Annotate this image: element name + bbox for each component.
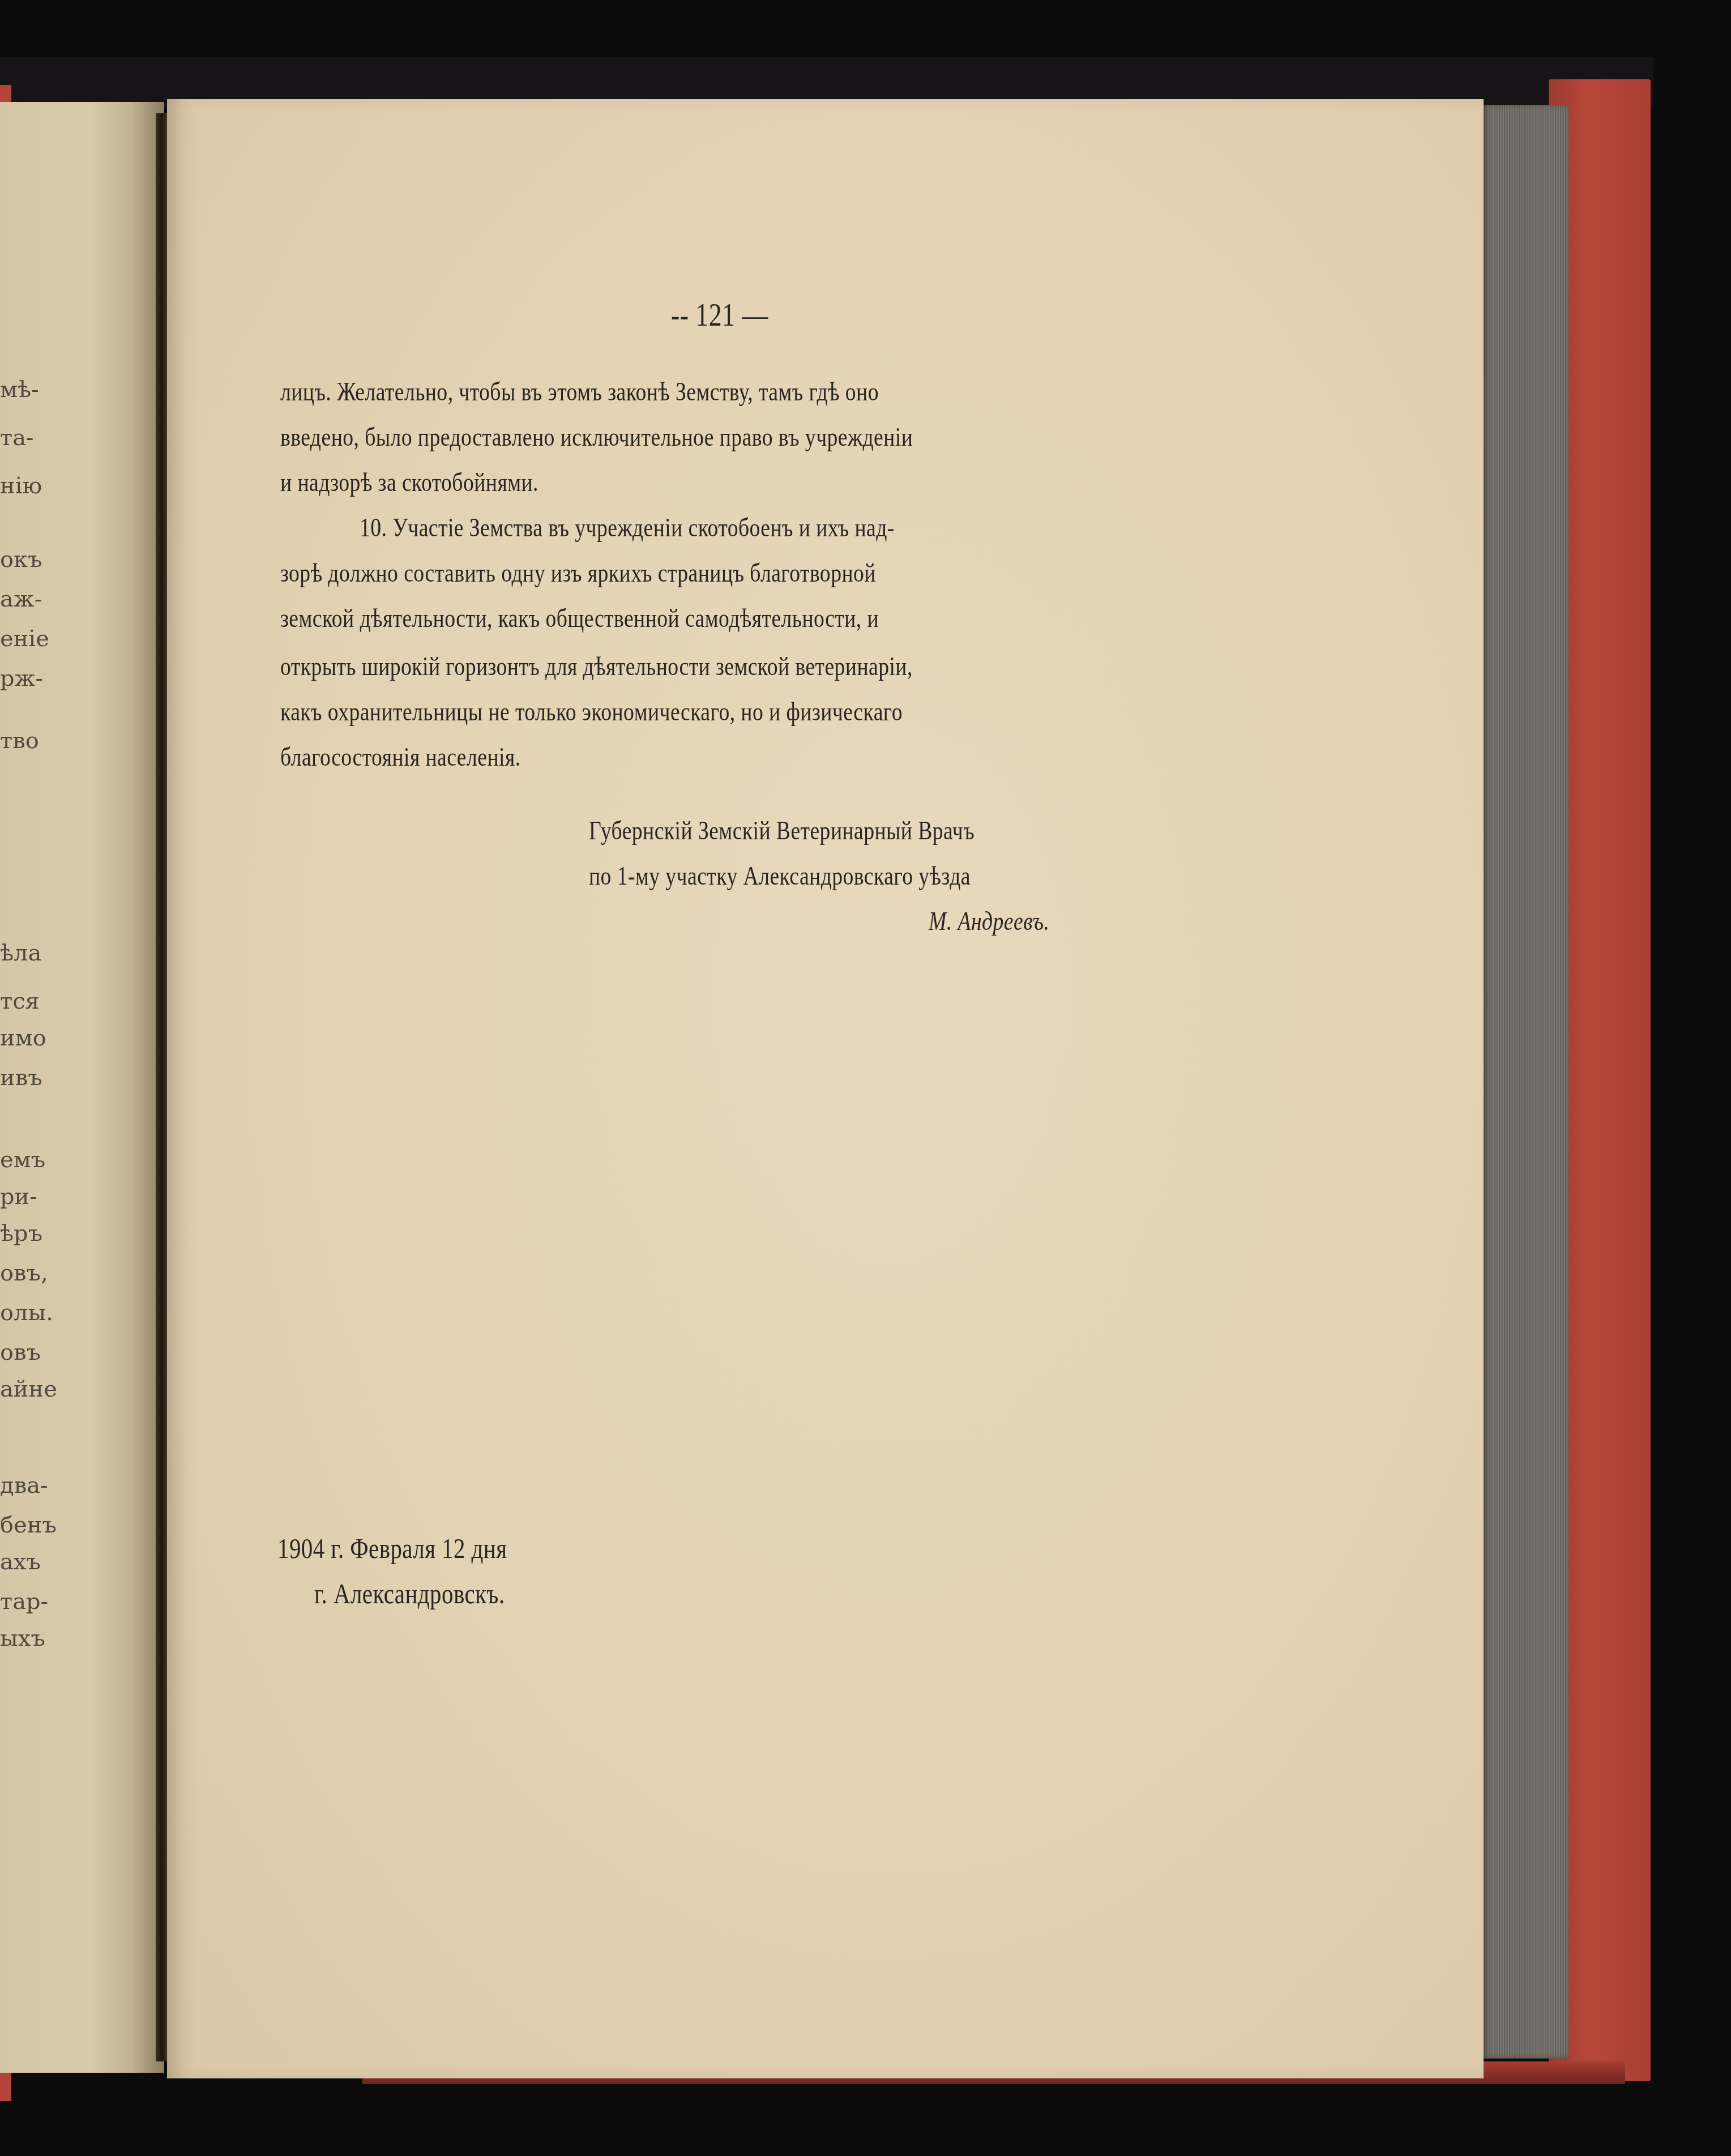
left-fragment: бенъ bbox=[0, 1512, 57, 1538]
signature-name: М. Андреевъ. bbox=[929, 906, 1049, 936]
dateline-place: г. Александровскъ. bbox=[314, 1577, 505, 1610]
left-fragment: овъ bbox=[0, 1339, 41, 1365]
left-fragment: ыхъ bbox=[0, 1625, 45, 1651]
left-fragment: та- bbox=[0, 425, 34, 451]
left-fragment: два- bbox=[0, 1472, 48, 1498]
left-fragment: ѣръ bbox=[0, 1220, 42, 1246]
left-fragment: емъ bbox=[0, 1147, 45, 1173]
page-edges bbox=[1484, 105, 1568, 2059]
paragraph-line: лицъ. Желательно, чтобы въ этомъ законѣ … bbox=[280, 377, 879, 407]
paragraph-line: зорѣ должно составить одну изъ яркихъ ст… bbox=[280, 558, 876, 588]
left-fragment: имо bbox=[0, 1025, 46, 1051]
left-fragment: тар- bbox=[0, 1589, 48, 1615]
left-page: мѣ- та- нію окъ аж- еніе рж- тво ѣла тся… bbox=[0, 102, 164, 2073]
left-fragment: нію bbox=[0, 473, 42, 499]
paragraph-line: земской дѣятельности, какъ общественной … bbox=[280, 603, 879, 633]
left-fragment: олы. bbox=[0, 1300, 53, 1326]
left-fragment: тся bbox=[0, 988, 40, 1014]
left-fragment: ри- bbox=[0, 1184, 37, 1210]
left-fragment: тво bbox=[0, 728, 39, 754]
paragraph-line: какъ охранительницы не только экономичес… bbox=[280, 697, 903, 727]
left-fragment: еніе bbox=[0, 626, 49, 652]
paragraph-line: благосостоянія населенія. bbox=[280, 742, 520, 772]
paragraph-line: 10. Участіе Земства въ учрежденіи скотоб… bbox=[360, 513, 895, 543]
signature-title: Губернскій Земскій Ветеринарный Врачъ bbox=[589, 816, 975, 846]
left-fragment: рж- bbox=[0, 665, 43, 691]
page-number: -- 121 — bbox=[671, 297, 768, 334]
left-fragment: ивъ bbox=[0, 1065, 42, 1091]
left-fragment: айне bbox=[0, 1376, 57, 1402]
book-gutter bbox=[156, 113, 168, 2061]
left-fragment: аж- bbox=[0, 586, 42, 612]
left-fragment: овъ, bbox=[0, 1260, 48, 1286]
paragraph-line: открыть широкій горизонтъ для дѣятельнос… bbox=[280, 651, 913, 681]
left-fragment: ахъ bbox=[0, 1549, 41, 1575]
paragraph-line: введено, было предоставлено исключительн… bbox=[280, 422, 913, 452]
signature-district: по 1-му участку Александровскаго уѣзда bbox=[589, 861, 971, 891]
dateline-date: 1904 г. Февраля 12 дня bbox=[277, 1532, 507, 1565]
left-fragment: окъ bbox=[0, 547, 42, 573]
left-fragment: мѣ- bbox=[0, 377, 39, 403]
left-fragment: ѣла bbox=[0, 940, 41, 966]
paragraph-line: и надзорѣ за скотобойнями. bbox=[280, 467, 538, 497]
